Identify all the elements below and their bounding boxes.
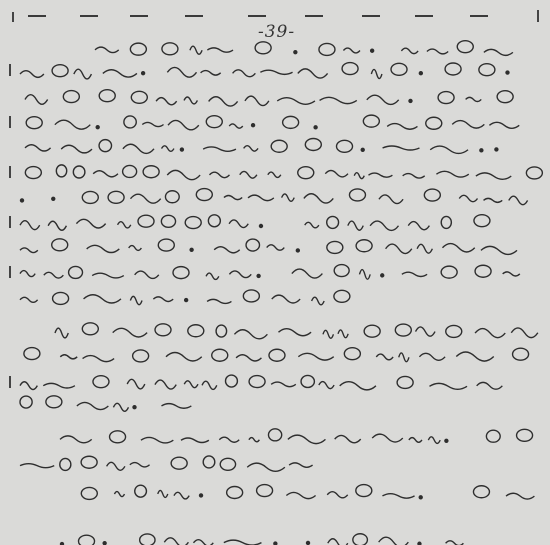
handwritten-line	[24, 348, 529, 362]
handwritten-line	[25, 165, 542, 180]
handwritten-line	[20, 396, 191, 411]
handwritten-text	[0, 0, 550, 545]
handwritten-line	[20, 456, 313, 471]
handwritten-line	[20, 239, 517, 255]
handwritten-line	[20, 375, 502, 390]
handwritten-line	[25, 139, 498, 154]
handwritten-line	[20, 290, 350, 305]
manuscript-page: -39-	[0, 0, 550, 545]
handwritten-line	[26, 115, 519, 130]
handwritten-line	[21, 189, 528, 205]
handwritten-line	[61, 534, 464, 545]
handwritten-line	[25, 90, 513, 106]
handwritten-line	[81, 485, 534, 500]
handwritten-line	[95, 41, 513, 56]
handwritten-line	[20, 63, 509, 79]
handwritten-line	[20, 265, 520, 280]
handwritten-line	[20, 215, 490, 231]
handwritten-line	[60, 429, 533, 444]
handwritten-line	[55, 323, 538, 339]
